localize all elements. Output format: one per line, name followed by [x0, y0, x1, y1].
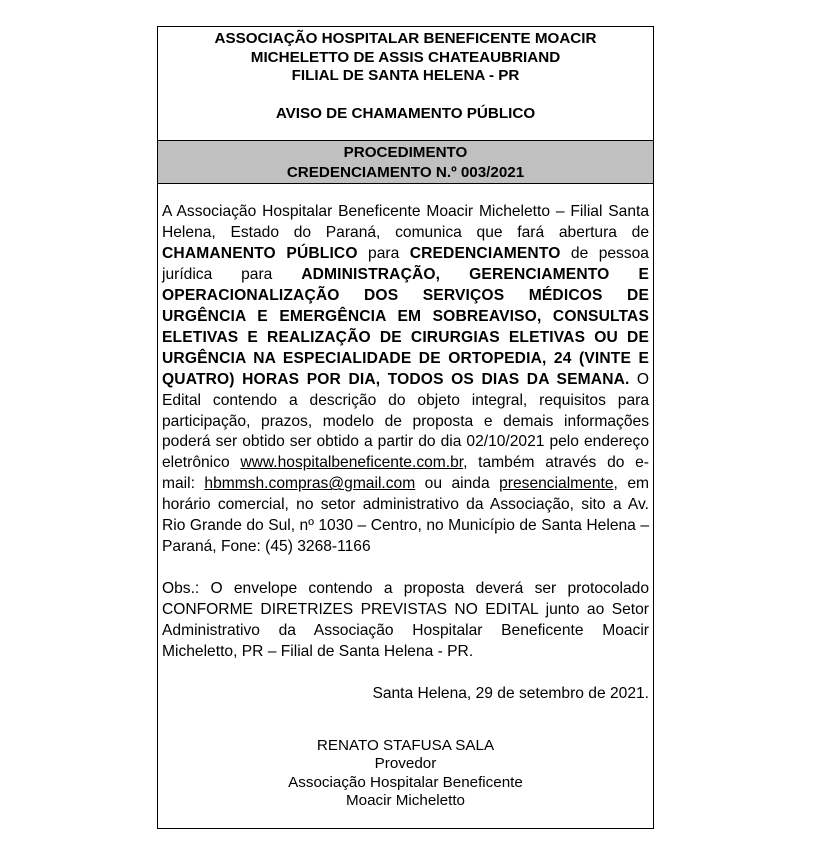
notice-header: ASSOCIAÇÃO HOSPITALAR BENEFICENTE MOACIR…	[158, 27, 653, 140]
bold-segment: CREDENCIAMENTO	[410, 245, 561, 262]
email-link[interactable]: hbmmsh.compras@gmail.com	[204, 475, 415, 492]
org-line-3: FILIAL DE SANTA HELENA - PR	[158, 67, 653, 86]
notice-frame: ASSOCIAÇÃO HOSPITALAR BENEFICENTE MOACIR…	[157, 26, 654, 829]
presencial-link[interactable]: presencialmente	[499, 475, 613, 492]
bold-segment: CHAMANENTO PÚBLICO	[162, 245, 358, 262]
org-line-2: MICHELETTO DE ASSIS CHATEAUBRIAND	[158, 49, 653, 68]
signer-role: Provedor	[158, 755, 653, 773]
signer-org-line-1: Associação Hospitalar Beneficente	[158, 774, 653, 792]
procedure-label: PROCEDIMENTO	[158, 143, 653, 163]
observation-paragraph: Obs.: O envelope contendo a proposta dev…	[162, 579, 649, 663]
notice-title: AVISO DE CHAMAMENTO PÚBLICO	[158, 105, 653, 124]
signer-name: RENATO STAFUSA SALA	[158, 737, 653, 755]
procedure-band: PROCEDIMENTO CREDENCIAMENTO N.º 003/2021	[158, 140, 653, 184]
text-segment: ou ainda	[415, 475, 499, 492]
text-segment: A Associação Hospitalar Beneficente Moac…	[162, 203, 649, 241]
notice-body: A Associação Hospitalar Beneficente Moac…	[162, 202, 649, 705]
text-segment: para	[358, 245, 410, 262]
signer-org-line-2: Moacir Micheletto	[158, 792, 653, 810]
organization-name: ASSOCIAÇÃO HOSPITALAR BENEFICENTE MOACIR…	[158, 27, 653, 86]
bold-segment: ADMINISTRAÇÃO, GERENCIAMENTO E OPERACION…	[162, 266, 649, 388]
org-line-1: ASSOCIAÇÃO HOSPITALAR BENEFICENTE MOACIR	[158, 30, 653, 49]
date-line: Santa Helena, 29 de setembro de 2021.	[162, 684, 649, 705]
procedure-number: CREDENCIAMENTO N.º 003/2021	[158, 163, 653, 183]
signature-block: RENATO STAFUSA SALA Provedor Associação …	[158, 737, 653, 810]
website-link[interactable]: www.hospitalbeneficente.com.br	[240, 454, 463, 471]
main-paragraph: A Associação Hospitalar Beneficente Moac…	[162, 202, 649, 558]
